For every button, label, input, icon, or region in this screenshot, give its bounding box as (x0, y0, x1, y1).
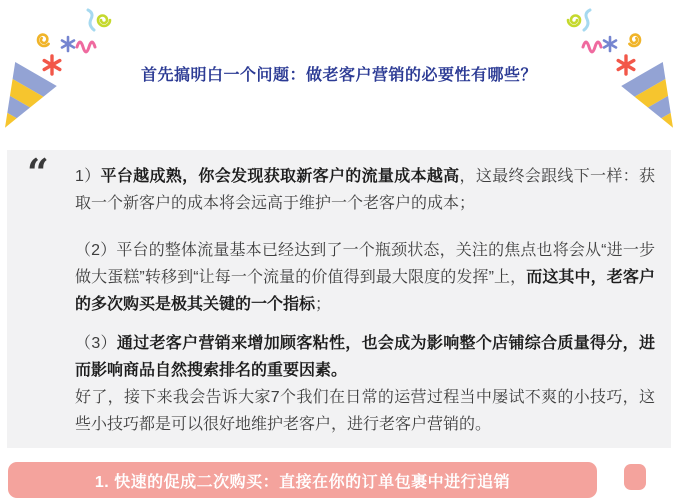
header: 首先搞明白一个问题：做老客户营销的必要性有哪些？ (0, 0, 678, 150)
quote-paragraph: 好了，接下来我会告诉大家7个我们在日常的运营过程当中屡试不爽的小技巧，这些小技巧… (75, 384, 655, 438)
quote-paragraphs: 1）平台越成熟，你会发现获取新客户的流量成本越高，这最终会跟线下一样：获取一个新… (75, 163, 655, 438)
pink-square (624, 464, 646, 490)
quote-paragraph: （3）通过老客户营销来增加顾客粘性，也会成为影响整个店铺综合质量得分，进而影响商… (75, 330, 655, 384)
section-banner: 1. 快速的促成二次购买：直接在你的订单包裹中进行追销 (8, 462, 597, 498)
party-popper-right-icon (546, 8, 678, 140)
quote-paragraph: 1）平台越成熟，你会发现获取新客户的流量成本越高，这最终会跟线下一样：获取一个新… (75, 163, 655, 217)
quote-block: “ 1）平台越成熟，你会发现获取新客户的流量成本越高，这最终会跟线下一样：获取一… (7, 150, 671, 448)
quote-paragraph: （2）平台的整体流量基本已经达到了一个瓶颈状态，关注的焦点也将会从“进一步做大蛋… (75, 237, 655, 318)
section-banner-label: 1. 快速的促成二次购买：直接在你的订单包裹中进行追销 (95, 469, 510, 492)
quote-icon: “ (27, 154, 49, 192)
footer: 1. 快速的促成二次购买：直接在你的订单包裹中进行追销 (0, 448, 678, 504)
